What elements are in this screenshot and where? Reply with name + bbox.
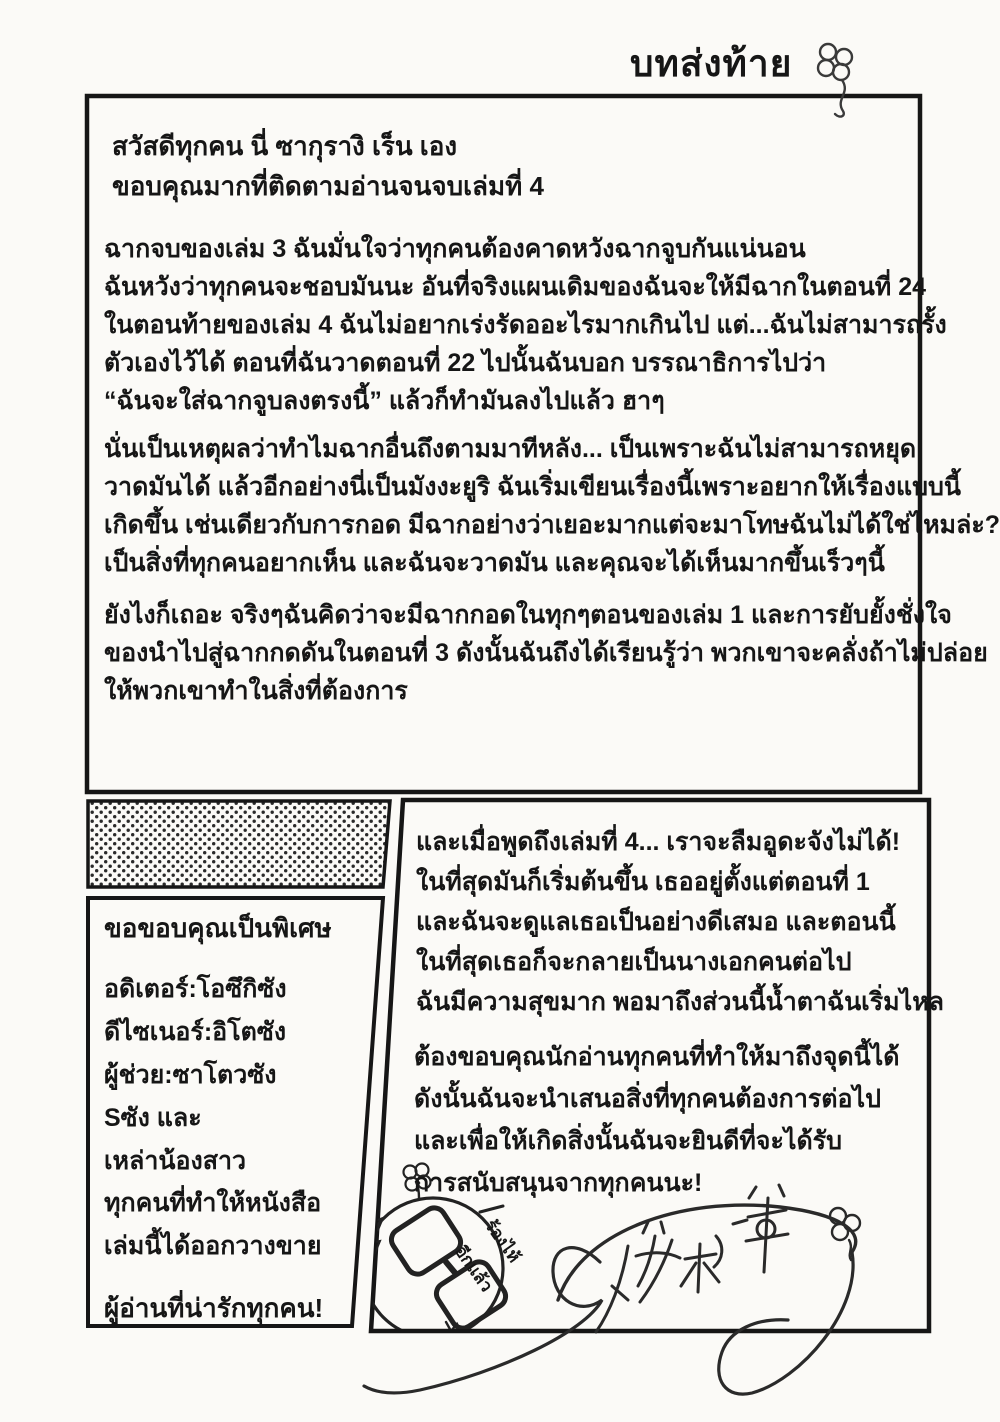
text-line: “ฉันจะใส่ฉากจูบลงตรงนี้” แล้วก็ทำมันลงไป…: [104, 382, 947, 420]
reader-support-paragraph: ต้องขอบคุณนักอ่านทุกคนที่ทำให้มาถึงจุดนี…: [414, 1036, 899, 1204]
text-line: และฉันจะดูแลเธอเป็นอย่างดีเสมอ และตอนนี้: [416, 902, 944, 942]
credit-line: ผู้ช่วย:ซาโตวซัง: [104, 1054, 287, 1097]
text-line: ตัวเองไว้ได้ ตอนที่ฉันวาดตอนที่ 22 ไปนั้…: [104, 344, 947, 382]
text-line: และเพื่อให้เกิดสิ่งนั้นฉันจะยินดีที่จะได…: [414, 1120, 899, 1162]
text-line: นั่นเป็นเหตุผลว่าทำไมฉากอื่นถึงตามมาทีหล…: [104, 430, 1000, 468]
manga-afterword-page: บทส่งท้าย สวัสดีทุกคน นี่ ซากุรางิ เร็น …: [0, 0, 1000, 1422]
yuri-paragraph: นั่นเป็นเหตุผลว่าทำไมฉากอื่นถึงตามมาทีหล…: [104, 430, 1000, 582]
uda-chan-paragraph: และเมื่อพูดถึงเล่มที่ 4... เราจะลืมอูดะจ…: [416, 822, 944, 1022]
credit-line: ดีไซเนอร์:อิโตซัง: [104, 1011, 287, 1054]
screentone-panel: [88, 801, 390, 887]
special-thanks-heading: ขอขอบคุณเป็นพิเศษ: [104, 908, 332, 949]
credits-list: อดิเตอร์:โอซึกิซัง ดีไซเนอร์:อิโตซัง ผู้…: [104, 968, 287, 1183]
text-line: ในที่สุดมันก็เริ่มต้นขึ้น เธออยู่ตั้งแต่…: [416, 862, 944, 902]
credit-line: Sซัง และ: [104, 1097, 287, 1140]
text-line: ฉันหวังว่าทุกคนจะชอบมันนะ อันที่จริงแผนเ…: [104, 268, 947, 306]
title-flower-icon: [818, 44, 852, 117]
volume3-paragraph: ฉากจบของเล่ม 3 ฉันมั่นใจว่าทุกคนต้องคาดห…: [104, 230, 947, 420]
text-line: ดังนั้นฉันจะนำเสนอสิ่งที่ทุกคนต้องการต่อ…: [414, 1078, 899, 1120]
credit-line: เล่มนี้ได้ออกวางขาย: [104, 1225, 321, 1268]
text-line: ฉันมีความสุขมาก พอมาถึงส่วนนี้น้ำตาฉันเร…: [416, 982, 944, 1022]
text-line: และเมื่อพูดถึงเล่มที่ 4... เราจะลืมอูดะจ…: [416, 822, 944, 862]
text-line: วาดมันได้ แล้วอีกอย่างนี่เป็นมังงะยูริ ฉ…: [104, 468, 1000, 506]
text-line: ยังไงก็เถอะ จริงๆฉันคิดว่าจะมีฉากกอดในทุ…: [104, 596, 988, 634]
text-line: ต้องขอบคุณนักอ่านทุกคนที่ทำให้มาถึงจุดนี…: [414, 1036, 899, 1078]
page-title: บทส่งท้าย: [630, 34, 792, 93]
text-line: ของนำไปสู่ฉากกดดันในตอนที่ 3 ดังนั้นฉันถ…: [104, 634, 988, 672]
hug-scene-paragraph: ยังไงก็เถอะ จริงๆฉันคิดว่าจะมีฉากกอดในทุ…: [104, 596, 988, 710]
text-line: ในตอนท้ายของเล่ม 4 ฉันไม่อยากเร่งรัดออะไ…: [104, 306, 947, 344]
greeting-paragraph: สวัสดีทุกคน นี่ ซากุรางิ เร็น เอง ขอบคุณ…: [112, 126, 544, 206]
credit-line: ทุกคนที่ทำให้หนังสือ: [104, 1182, 321, 1225]
text-line: สวัสดีทุกคน นี่ ซากุรางิ เร็น เอง: [112, 126, 544, 166]
text-line: เกิดขึ้น เช่นเดียวกับการกอด มีฉากอย่างว่…: [104, 506, 1000, 544]
text-line: ฉากจบของเล่ม 3 ฉันมั่นใจว่าทุกคนต้องคาดห…: [104, 230, 947, 268]
credit-line: อดิเตอร์:โอซึกิซัง: [104, 968, 287, 1011]
text-line: เป็นสิ่งที่ทุกคนอยากเห็น และฉันจะวาดมัน …: [104, 544, 1000, 582]
readers-thanks-line: ผู้อ่านที่น่ารักทุกคน!: [104, 1288, 323, 1329]
production-thanks: ทุกคนที่ทำให้หนังสือ เล่มนี้ได้ออกวางขาย: [104, 1182, 321, 1268]
text-line: ขอบคุณมากที่ติดตามอ่านจนจบเล่มที่ 4: [112, 166, 544, 206]
text-line: การสนับสนุนจากทุกคนนะ!: [414, 1162, 899, 1204]
credit-line: เหล่าน้องสาว: [104, 1140, 287, 1183]
text-line: ให้พวกเขาทำในสิ่งที่ต้องการ: [104, 672, 988, 710]
text-line: ในที่สุดเธอก็จะกลายเป็นนางเอกคนต่อไป: [416, 942, 944, 982]
